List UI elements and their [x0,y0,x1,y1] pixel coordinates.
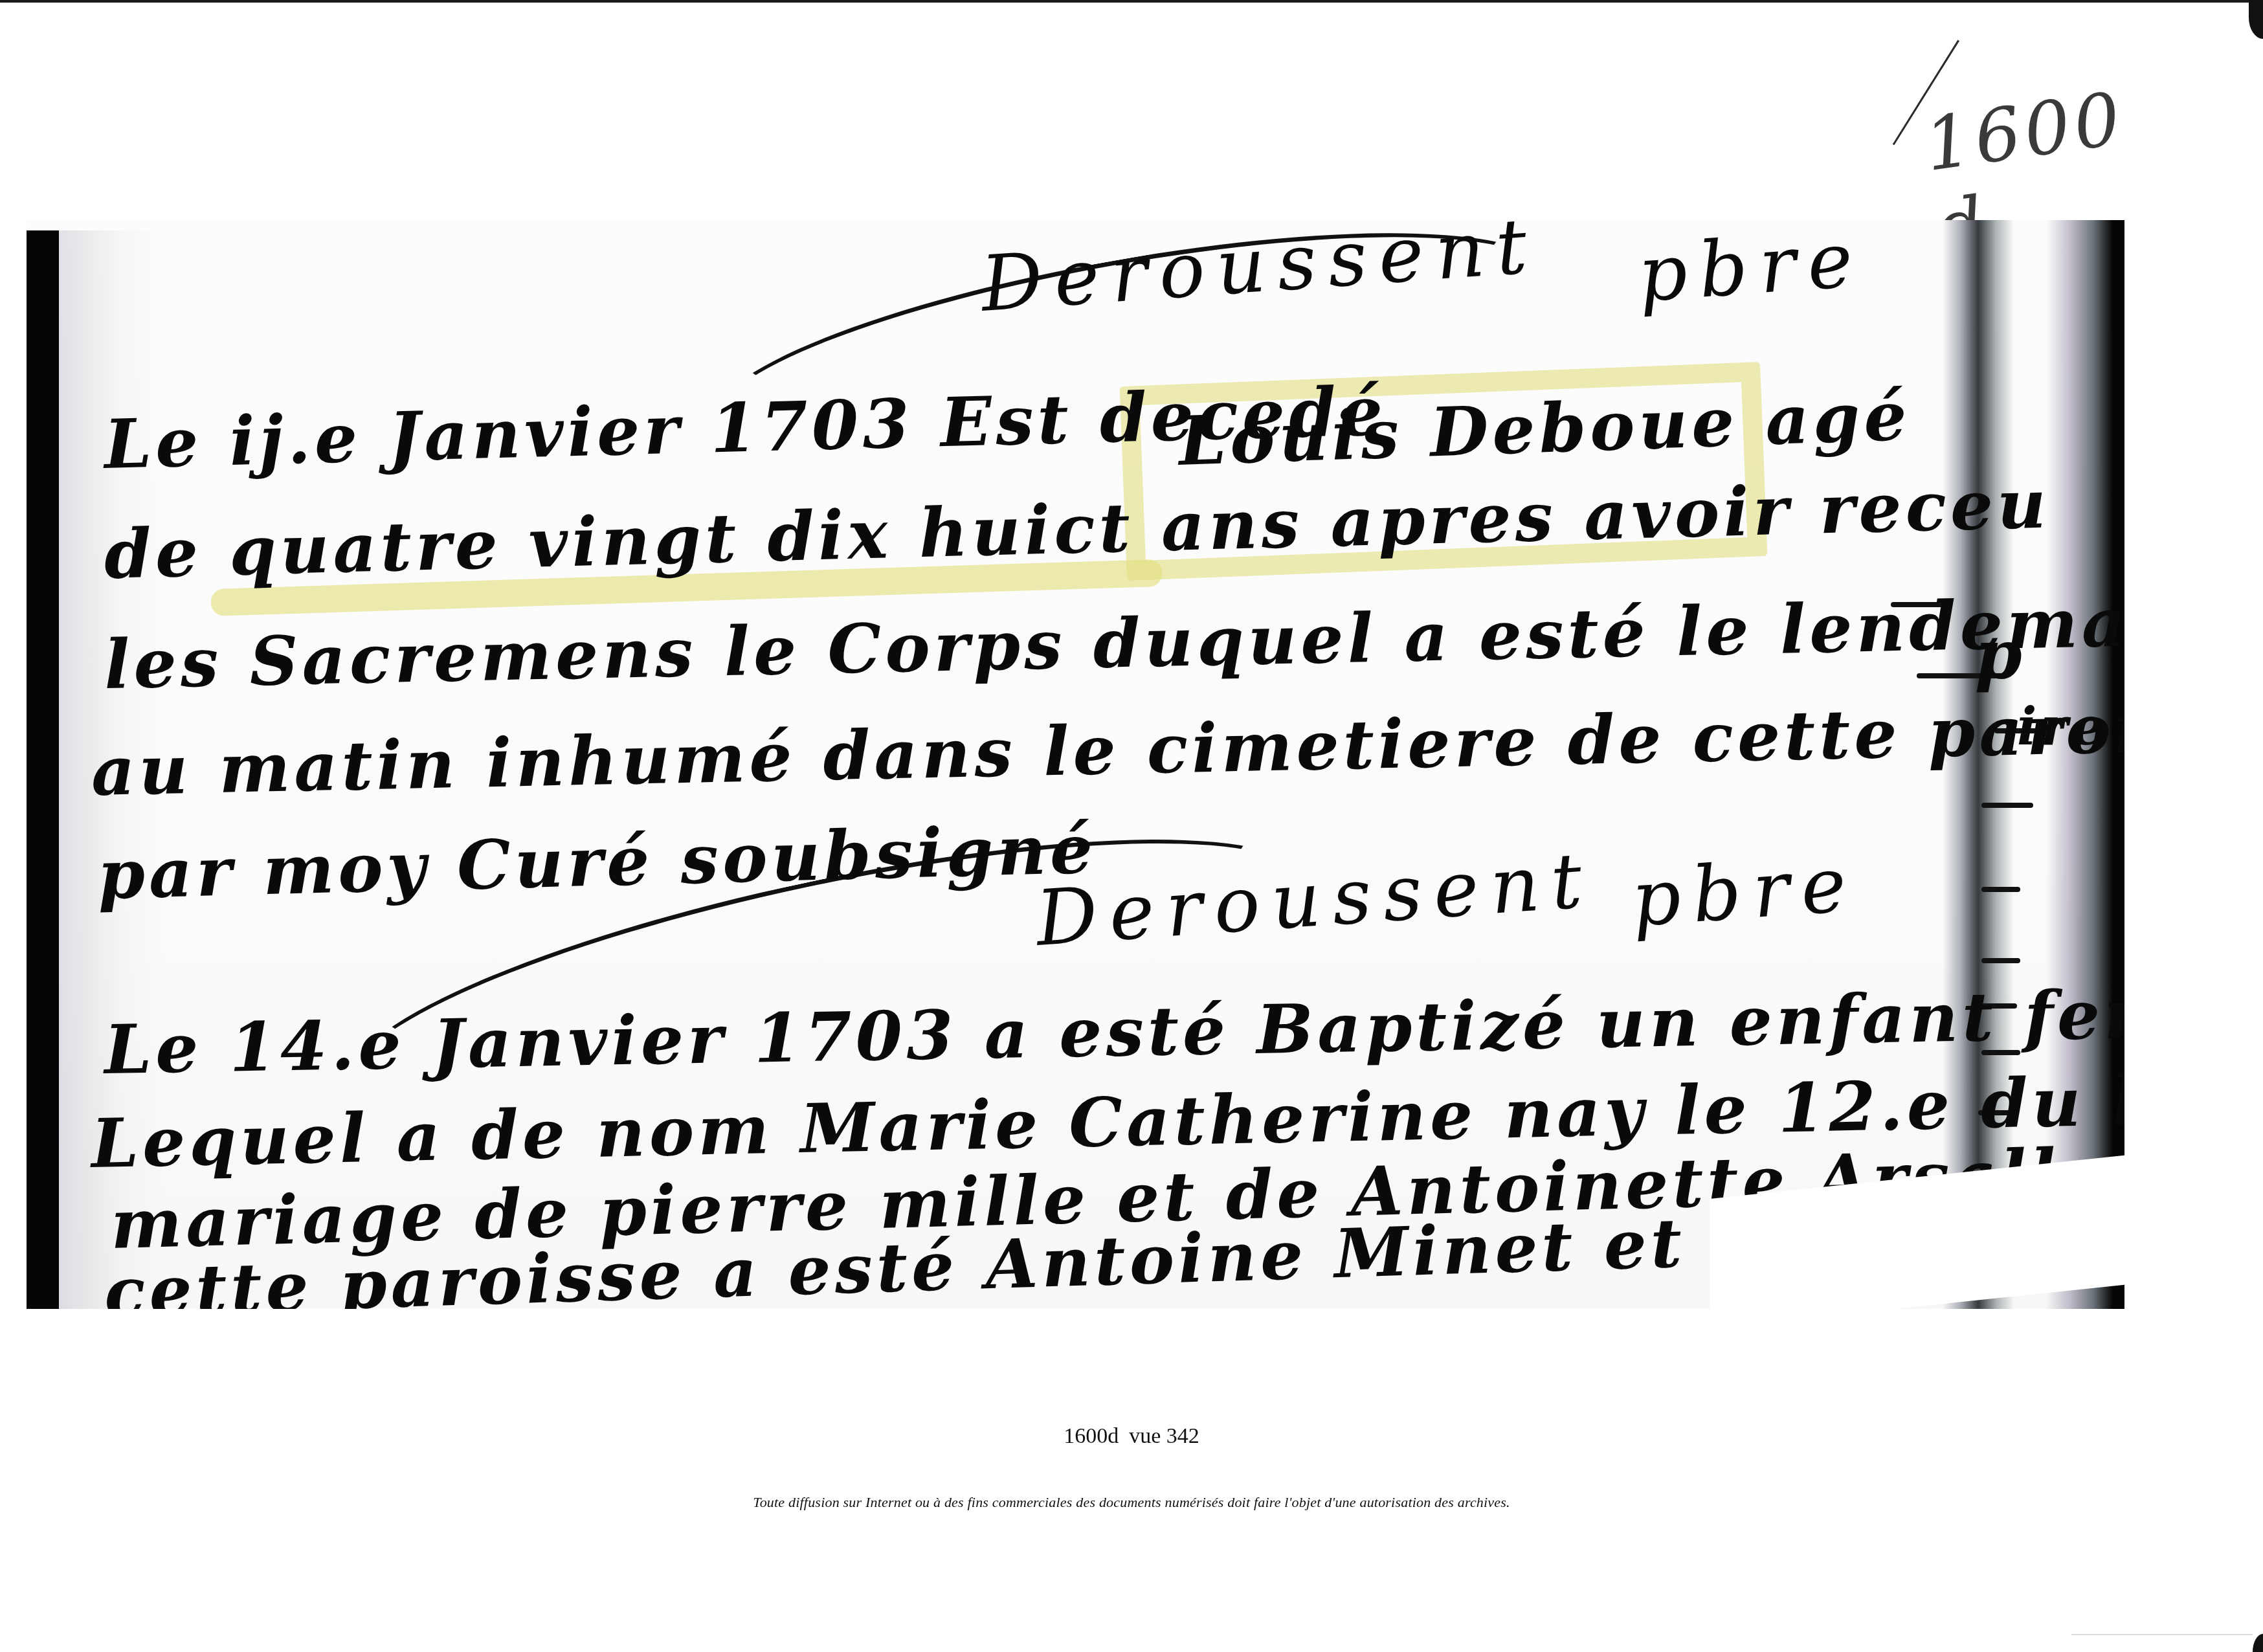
entry-2-heading-suffix: pbre [1629,839,1860,944]
archive-reference: 1600dvue 342 [0,1424,2263,1449]
manuscript-image: Deroussent pbre Le ij.e Janvier 1703 Est… [27,220,2124,1309]
margin-fragment: ire [2017,696,2108,757]
scan-top-edge [0,0,2263,3]
margin-reference: 1600 d [1920,78,2125,194]
margin-stroke [1981,803,2033,808]
scan-left-border [27,230,59,1309]
scan-corner-top-right [2249,0,2263,39]
reference-view: vue 342 [1129,1424,1199,1448]
margin-fragment: p [1975,615,2026,695]
margin-stroke [1981,887,2020,892]
entry-1-line-4: au matin inhumé dans le cimetiere de cet… [91,686,2124,811]
scan-corner-bottom-right [2253,1634,2263,1652]
margin-stroke [1981,958,2020,963]
entry-1-heading-suffix: pbre [1635,220,1867,319]
scan-bottom-edge [2071,1634,2253,1635]
reference-code: 1600d [1064,1424,1119,1448]
copyright-notice: Toute diffusion sur Internet ou à des fi… [0,1494,2263,1511]
